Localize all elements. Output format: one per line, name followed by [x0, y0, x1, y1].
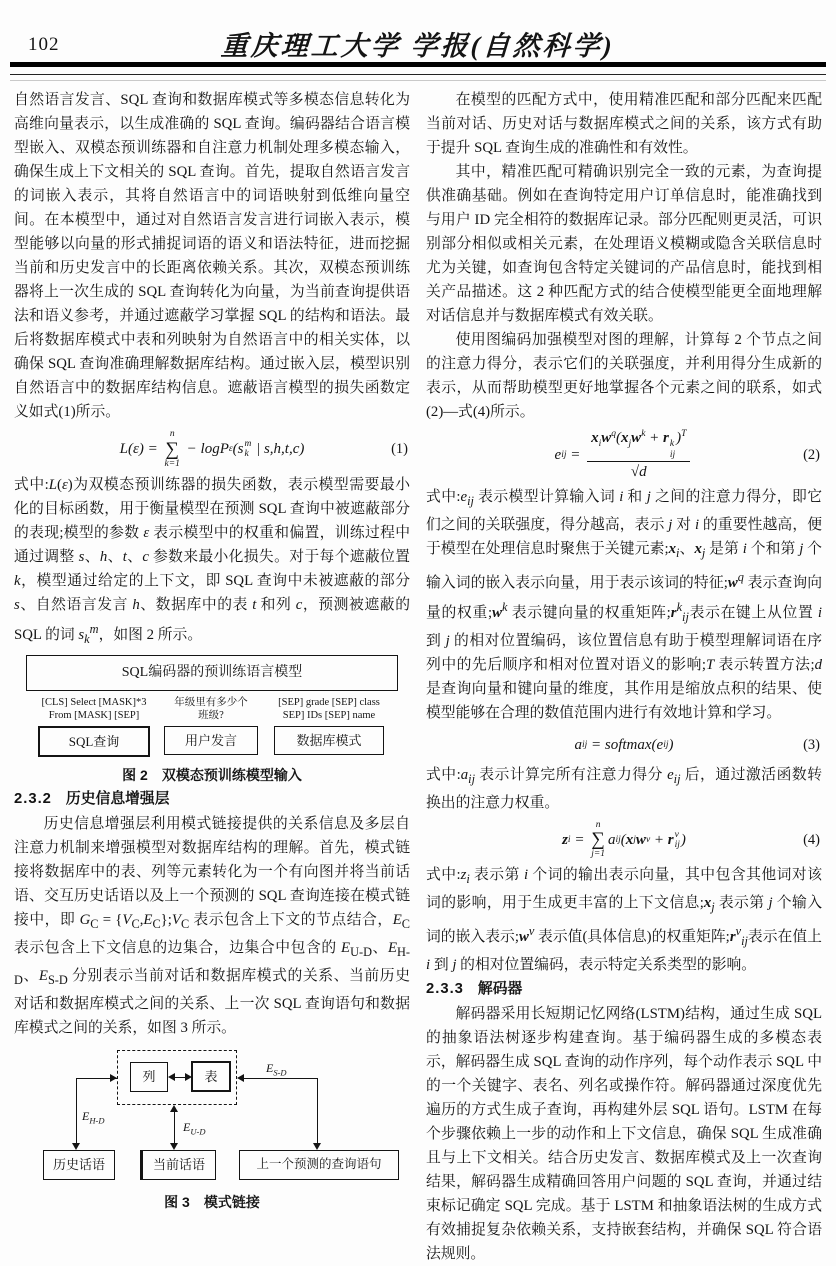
user-utterance-box: 用户发言 [164, 726, 258, 755]
body-paragraph: 历史信息增强层利用模式链接提供的关系信息及多层自注意力机制来增强模型对数据库结构… [14, 812, 410, 1040]
equation-number: (2) [803, 443, 820, 467]
arrow-left-icon [168, 1073, 175, 1081]
header-rule-ghost [10, 80, 826, 81]
previous-query-box: 上一个预测的查询语句 [239, 1150, 399, 1180]
edge-label-h-d: EH-D [82, 1104, 104, 1132]
equation-4: zi = n∑j=1aij(xjwv + rvij) (4) [426, 820, 822, 861]
sum-symbol: n∑k=1 [165, 429, 180, 470]
equation-1: L(ε) = n∑k=1 − logPε(smk | s,h,t,c) (1) [14, 429, 410, 470]
input-token-label: 年级里有多少个 班级? [174, 696, 248, 722]
figure3-caption: 图 3 模式链接 [14, 1192, 410, 1212]
section-heading-233: 2.3.3解码器 [426, 977, 822, 1002]
equation-2: eij = xiwq(xjwk + rkij)T√d (2) [426, 429, 822, 482]
journal-title: 重庆理工大学 学报(自然科学) [0, 24, 836, 63]
database-schema-box: 数据库模式 [274, 726, 384, 755]
edge-label-u-d: EU-D [183, 1115, 205, 1143]
right-column: 在模型的匹配方式中，使用精准匹配和部分匹配来匹配当前对话、历史对话与数据库模式之… [426, 88, 822, 1266]
column-node-box: 列 [130, 1062, 168, 1092]
equation-3-body: aij = softmax(eij) [574, 733, 673, 757]
input-token-label: [SEP] grade [SEP] class SEP] IDs [SEP] n… [278, 696, 380, 722]
figure2-input-sql: [CLS] Select [MASK]*3 From [MASK] [SEP] … [26, 696, 162, 757]
equation-number: (4) [803, 828, 820, 852]
equation-number: (1) [391, 437, 408, 461]
equation-1-body: L(ε) = n∑k=1 − logPε(smk | s,h,t,c) [120, 429, 305, 470]
body-paragraph: 解码器采用长短期记忆网络(LSTM)结构，通过生成 SQL 的抽象语法树逐步构建… [426, 1002, 822, 1266]
table-node-box: 表 [191, 1061, 231, 1092]
equation-2-body: eij = xiwq(xjwk + rkij)T√d [555, 429, 694, 482]
history-edge-line [76, 1078, 77, 1144]
left-column: 自然语言发言、SQL 查询和数据库模式等多模态信息转化为高维向量表示，以生成准确… [14, 88, 410, 1266]
figure2-input-utterance: 年级里有多少个 班级? 用户发言 [162, 696, 260, 757]
figure-2: SQL编码器的预训练语言模型 [CLS] Select [MASK]*3 Fro… [26, 655, 398, 785]
header-rule-thin [10, 74, 826, 75]
body-paragraph: 自然语言发言、SQL 查询和数据库模式等多模态信息转化为高维向量表示，以生成准确… [14, 88, 410, 424]
figure-3: 列 表 EH-D EU-D [14, 1048, 410, 1184]
equation-4-body: zi = n∑j=1aij(xjwv + rvij) [562, 820, 686, 861]
edge-label-s-d: ES-D [266, 1056, 287, 1084]
header-rule-thick [10, 62, 826, 67]
body-paragraph: 其中，精准匹配可精确识别完全一致的元素，为查询提供准确基础。例如在查询特定用户订… [426, 160, 822, 328]
two-column-body: 自然语言发言、SQL 查询和数据库模式等多模态信息转化为高维向量表示，以生成准确… [14, 88, 822, 1266]
page-header: 102 重庆理工大学 学报(自然科学) [0, 0, 836, 88]
arrow-right-icon [110, 1074, 117, 1082]
current-utterance-box: 当前话语 [140, 1150, 216, 1180]
body-paragraph: 使用图编码加强模型对图的理解，计算每 2 个节点之间的注意力得分，表示它们的关联… [426, 328, 822, 424]
arrow-down-icon [72, 1143, 80, 1150]
body-paragraph: 式中:zi 表示第 i 个词的输出表示向量，其中包含其他词对该词的影响，用于生成… [426, 863, 822, 977]
body-paragraph: 式中:L(ε)为双模态预训练器的损失函数，表示模型需要最小化的目标函数，用于衡量… [14, 473, 410, 651]
equation-3: aij = softmax(eij) (3) [426, 730, 822, 760]
history-utterance-box: 历史话语 [43, 1150, 115, 1180]
figure2-input-schema: [SEP] grade [SEP] class SEP] IDs [SEP] n… [260, 696, 398, 757]
arrow-right-icon [185, 1073, 192, 1081]
sup-sub-stack: kij [670, 439, 675, 460]
current-edge-line [174, 1107, 175, 1144]
arrow-down-icon [170, 1143, 178, 1150]
arrow-left-icon [237, 1074, 244, 1082]
sup-sub-stack: vij [675, 830, 680, 851]
sup-sub-stack: mk [244, 439, 251, 460]
fraction: xiwq(xjwk + rkij)T√d [587, 429, 690, 482]
journal-page: 102 重庆理工大学 学报(自然科学) 自然语言发言、SQL 查询和数据库模式等… [0, 0, 836, 1266]
sum-symbol: n∑j=1 [591, 820, 605, 861]
body-paragraph: 在模型的匹配方式中，使用精准匹配和部分匹配来匹配当前对话、历史对话与数据库模式之… [426, 88, 822, 160]
pretrained-model-box: SQL编码器的预训练语言模型 [26, 655, 398, 691]
figure2-inputs-row: [CLS] Select [MASK]*3 From [MASK] [SEP] … [26, 696, 398, 757]
section-heading-232: 2.3.2历史信息增强层 [14, 787, 410, 812]
arrow-down-icon [313, 1143, 321, 1150]
figure2-caption: 图 2 双模态预训练模型输入 [26, 765, 398, 785]
body-paragraph: 式中:eij 表示模型计算输入词 i 和 j 之间的注意力得分，即它们之间的关联… [426, 485, 822, 725]
arrow-up-icon [170, 1105, 178, 1112]
previous-edge-line [317, 1078, 318, 1144]
input-token-label: [CLS] Select [MASK]*3 From [MASK] [SEP] [42, 696, 147, 722]
sql-query-box: SQL查询 [38, 726, 150, 757]
equation-number: (3) [803, 733, 820, 757]
body-paragraph: 式中:aij 表示计算完所有注意力得分 eij 后，通过激活函数转换出的注意力权… [426, 763, 822, 815]
